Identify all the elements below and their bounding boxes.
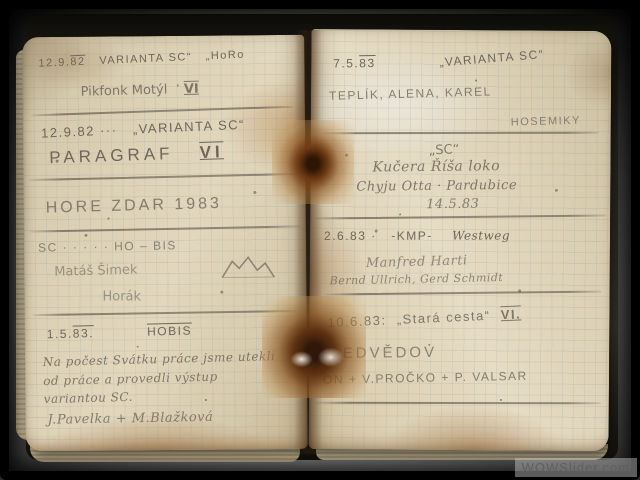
entry-names: Pikfonk Motýl <box>80 82 167 99</box>
entry-line: 7.5.83 <box>333 57 375 69</box>
entry-grade: VI. <box>500 306 521 322</box>
burn-stain-top <box>272 120 354 204</box>
notebook-photo: 12.9.82 VARIANTA SC“ „HoRo Pikfonk Motýl… <box>0 0 640 480</box>
entry-grade: VI <box>199 142 224 162</box>
entry-line: Kučera Říša loko <box>372 159 500 174</box>
entry-name: Manfred Harti <box>366 253 468 271</box>
entry-line: 1.5.83. HOBIS <box>47 325 192 341</box>
entry-route: HOBIS <box>147 324 192 339</box>
burn-stain-bottom <box>262 296 366 398</box>
entry-line: Horák <box>102 290 141 303</box>
entry-text: Na počest Svátku práce jsme utekli od pr… <box>43 349 276 406</box>
entry-line: HOSEMIKY <box>511 116 581 129</box>
entry-name: Chyju Otta · Pardubice <box>356 178 517 195</box>
entry-line: 2.6.83 · -KMP- Westweg <box>324 230 510 242</box>
entry-date: 1.5. <box>47 327 73 342</box>
entry-line: SC · · · · · HO – BIS <box>38 239 177 253</box>
entry-date: 7.5. <box>333 56 359 70</box>
entry-text: SC · · · · · HO – BIS <box>38 238 177 254</box>
watermark-label: WOWSlider.com <box>522 460 630 475</box>
entry-signature: Bernd Ullrich, Gerd Schmidt <box>330 272 504 286</box>
entry-note: „HoRo <box>205 49 245 63</box>
entry-name: Horák <box>102 289 141 304</box>
entry-line: 14.5.83 <box>426 198 479 212</box>
entry-route: -KMP- <box>391 229 433 243</box>
mountain-doodle-icon <box>220 255 276 281</box>
entry-line: Chyju Otta · Pardubice <box>356 179 517 194</box>
watermark-link[interactable]: WOWSlider.com <box>515 458 637 477</box>
entry-name: Kučera Říša loko <box>372 158 500 175</box>
entry-line: „SC“ <box>428 143 459 157</box>
entry-date: 14.5.83 <box>426 197 479 213</box>
entry-place: Westweg <box>452 229 510 243</box>
entry-name: Matáš Šimek <box>54 263 138 280</box>
entry-place: HOSEMIKY <box>511 115 581 129</box>
entry-year: 82 <box>70 56 86 69</box>
entry-signature: Manfred Harti <box>366 254 468 270</box>
entry-date: 2.6.83 · <box>324 229 377 243</box>
entry-names: J.Pavelka + M.Blažková <box>47 410 213 428</box>
entry-route: „SC“ <box>428 142 459 158</box>
entry-year: 83. <box>73 326 95 341</box>
entry-date: 12.9. <box>38 56 70 69</box>
entry-line: Matáš Šimek <box>54 264 138 279</box>
entry-year: 83 <box>359 56 376 70</box>
entry-grade: VI <box>184 82 199 97</box>
entry-line: J.Pavelka + M.Blažková <box>47 411 213 427</box>
entry-line: Pikfonk Motýl VI <box>81 83 199 99</box>
entry-paragraph: Na počest Svátku práce jsme utekli od pr… <box>42 347 279 409</box>
